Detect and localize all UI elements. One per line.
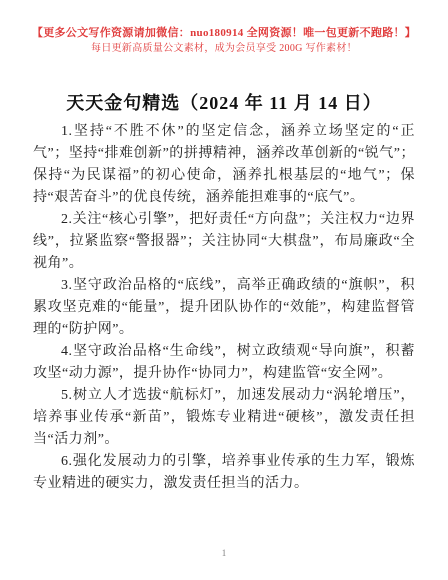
promo-notice-line-1: 【更多公文写作资源请加微信：nuo180914 全网资源！唯一包更新不跑路！】 [0, 26, 448, 41]
document-title: 天天金句精选（2024 年 11 月 14 日） [0, 89, 448, 115]
paragraph-6: 6.强化发展动力的引擎，培养事业传承的生力军，锻炼专业精进的硬实力，激发责任担当… [33, 451, 415, 495]
paragraph-5: 5.树立人才选拔“航标灯”，加速发展动力“涡轮增压”，培养事业传承“新苗”，锻炼… [33, 385, 415, 451]
paragraph-3: 3.坚守政治品格的“底线”，高举正确政绩的“旗帜”，积累攻坚克难的“能量”，提升… [33, 275, 415, 341]
document-body: 1.坚持“不胜不休”的坚定信念，涵养立场坚定的“正气”；坚持“排难创新”的拼搏精… [33, 121, 415, 495]
document-page: 【更多公文写作资源请加微信：nuo180914 全网资源！唯一包更新不跑路！】 … [0, 0, 448, 580]
promo-notice: 【更多公文写作资源请加微信：nuo180914 全网资源！唯一包更新不跑路！】 … [0, 0, 448, 56]
paragraph-2: 2.关注“核心引擎”，把好责任“方向盘”；关注权力“边界线”，拉紧监察“警报器”… [33, 209, 415, 275]
promo-notice-line-2: 每日更新高质量公文素材，成为会员享受 200G 写作素材！ [0, 41, 448, 56]
paragraph-4: 4.坚守政治品格“生命线”，树立政绩观“导向旗”，积蓄攻坚“动力源”，提升协作“… [33, 341, 415, 385]
paragraph-1: 1.坚持“不胜不休”的坚定信念，涵养立场坚定的“正气”；坚持“排难创新”的拼搏精… [33, 121, 415, 209]
page-number: 1 [0, 548, 448, 558]
